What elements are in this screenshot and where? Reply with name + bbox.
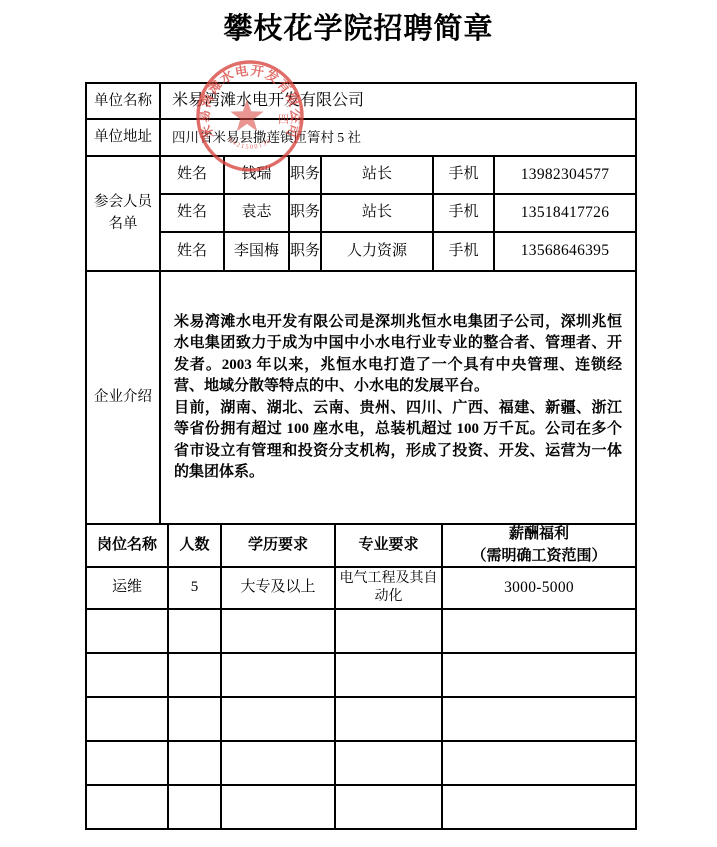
participant-phone: 13568646395 <box>493 231 635 270</box>
name-label: 姓名 <box>159 231 223 270</box>
empty-cell <box>220 652 334 696</box>
empty-cell <box>334 652 441 696</box>
empty-cell <box>441 696 635 740</box>
job-header-count: 人数 <box>167 523 220 566</box>
job-header-major: 专业要求 <box>334 523 441 566</box>
empty-cell <box>167 784 220 828</box>
job-header-education: 学历要求 <box>220 523 334 566</box>
job-count: 5 <box>167 566 220 608</box>
empty-cell <box>334 784 441 828</box>
phone-label: 手机 <box>432 155 493 193</box>
intro-paragraph-1: 米易湾滩水电开发有限公司是深圳兆恒水电集团子公司，深圳兆恒水电集团致力于成为中国… <box>174 312 622 398</box>
empty-cell <box>85 608 167 652</box>
participant-name: 钱瑞 <box>223 155 288 193</box>
title-label: 职务 <box>288 231 320 270</box>
job-major: 电气工程及其自动化 <box>334 566 441 608</box>
company-intro-text: 米易湾滩水电开发有限公司是深圳兆恒水电集团子公司，深圳兆恒水电集团致力于成为中国… <box>159 270 635 523</box>
phone-label: 手机 <box>432 231 493 270</box>
job-header-salary-line1: 薪酬福利 <box>509 524 569 546</box>
empty-cell <box>85 652 167 696</box>
unit-address-value: 四川省米易县撒莲镇匝箐村 5 社 <box>159 118 635 155</box>
job-header-salary-line2: （需明确工资范围） <box>471 546 606 568</box>
phone-label: 手机 <box>432 193 493 231</box>
unit-name-label: 单位名称 <box>85 82 159 118</box>
empty-cell <box>441 608 635 652</box>
title-label: 职务 <box>288 193 320 231</box>
empty-cell <box>167 696 220 740</box>
empty-cell <box>220 608 334 652</box>
empty-cell <box>85 696 167 740</box>
empty-cell <box>441 740 635 784</box>
empty-cell <box>334 696 441 740</box>
name-label: 姓名 <box>159 193 223 231</box>
title-label: 职务 <box>288 155 320 193</box>
participant-name: 李国梅 <box>223 231 288 270</box>
empty-cell <box>167 740 220 784</box>
empty-cell <box>441 652 635 696</box>
participant-title: 站长 <box>320 155 432 193</box>
unit-address-label: 单位地址 <box>85 118 159 155</box>
empty-cell <box>334 740 441 784</box>
empty-cell <box>220 784 334 828</box>
empty-cell <box>85 784 167 828</box>
name-label: 姓名 <box>159 155 223 193</box>
participant-name: 袁志 <box>223 193 288 231</box>
empty-cell <box>167 652 220 696</box>
job-header-position: 岗位名称 <box>85 523 167 566</box>
job-salary: 3000-5000 <box>441 566 635 608</box>
unit-name-value: 米易湾滩水电开发有限公司 <box>159 82 635 118</box>
job-header-salary: 薪酬福利 （需明确工资范围） <box>441 523 635 566</box>
empty-cell <box>441 784 635 828</box>
empty-cell <box>220 740 334 784</box>
recruitment-table: 单位名称 米易湾滩水电开发有限公司 单位地址 四川省米易县撒莲镇匝箐村 5 社 … <box>85 82 637 830</box>
participants-label-line2: 名单 <box>109 214 138 235</box>
empty-cell <box>220 696 334 740</box>
participants-label: 参会人员 名单 <box>85 155 159 270</box>
job-position: 运维 <box>85 566 167 608</box>
participant-title: 站长 <box>320 193 432 231</box>
page-title: 攀枝花学院招聘简章 <box>0 6 717 47</box>
empty-cell <box>85 740 167 784</box>
empty-cell <box>334 608 441 652</box>
participant-phone: 13982304577 <box>493 155 635 193</box>
company-intro-label: 企业介绍 <box>85 270 159 523</box>
participant-title: 人力资源 <box>320 231 432 270</box>
participants-label-line1: 参会人员 <box>94 192 152 213</box>
intro-paragraph-2: 目前，湖南、湖北、云南、贵州、四川、广西、福建、新疆、浙江等省份拥有超过 100… <box>174 398 622 484</box>
empty-cell <box>167 608 220 652</box>
participant-phone: 13518417726 <box>493 193 635 231</box>
job-education: 大专及以上 <box>220 566 334 608</box>
